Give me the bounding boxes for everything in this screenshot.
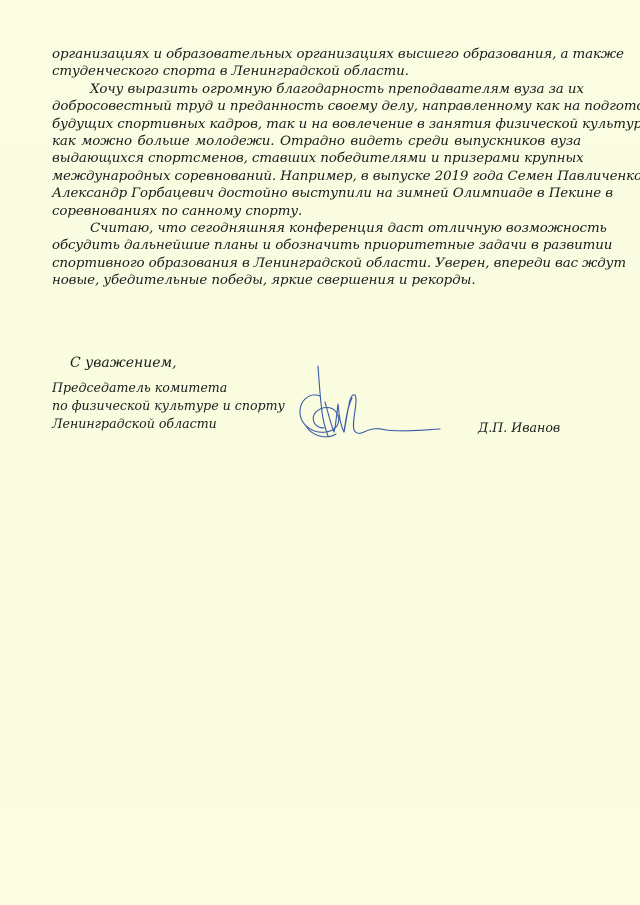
signature-icon — [292, 362, 442, 442]
position-line: по физической культуре и спорту — [52, 397, 285, 415]
position-line: Ленинградской области — [52, 415, 285, 433]
text-line: будущих спортивных кадров, так и на вовл… — [52, 116, 581, 133]
paragraph-2: Хочу выразить огромную благодарность пре… — [52, 81, 581, 220]
signatory-position: Председатель комитета по физической куль… — [52, 379, 285, 433]
text-line: обсудить дальнейшие планы и обозначить п… — [52, 237, 581, 254]
text-line: добросовестный труд и преданность своему… — [52, 98, 581, 115]
text-line: Считаю, что сегодняшняя конференция даст… — [52, 220, 581, 237]
text-line: новые, убедительные победы, яркие сверше… — [52, 272, 581, 289]
text-line: Александр Горбацевич достойно выступили … — [52, 185, 581, 202]
text-line: спортивного образования в Ленинградской … — [52, 255, 581, 272]
text-line: как можно больше молодежи. Отрадно видет… — [52, 133, 581, 150]
text-line: выдающихся спортсменов, ставших победите… — [52, 150, 581, 167]
paragraph-3: Считаю, что сегодняшняя конференция даст… — [52, 220, 581, 290]
letter-body: организациях и образовательных организац… — [52, 46, 581, 290]
position-line: Председатель комитета — [52, 379, 285, 397]
text-line: студенческого спорта в Ленинградской обл… — [52, 63, 581, 80]
paragraph-1: организациях и образовательных организац… — [52, 46, 581, 81]
closing-salutation: С уважением, — [70, 354, 177, 372]
text-line: Хочу выразить огромную благодарность пре… — [52, 81, 581, 98]
text-line: международных соревнований. Например, в … — [52, 168, 581, 185]
text-line: организациях и образовательных организац… — [52, 46, 581, 63]
letter-page: организациях и образовательных организац… — [0, 0, 640, 905]
signatory-name: Д.П. Иванов — [478, 419, 560, 437]
text-line: соревнованиях по санному спорту. — [52, 203, 581, 220]
